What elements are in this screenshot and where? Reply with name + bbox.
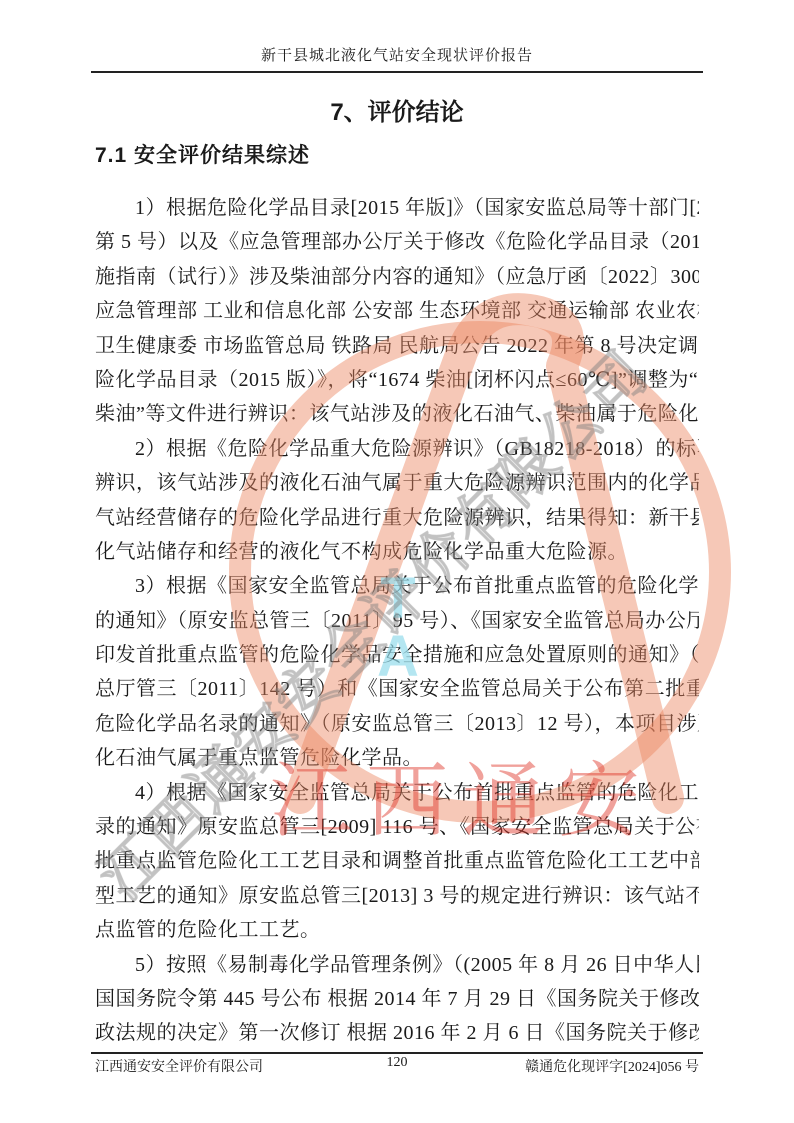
page-footer: 江西通安安全评价有限公司 120 赣通危化现评字[2024]056 号 bbox=[95, 1056, 699, 1076]
paragraph-3-line-2: 的通知》（原安监总管三〔2011〕95 号）、《国家安全监管总局办公厅关于 bbox=[95, 604, 699, 638]
paragraph-3-line-5: 危险化学品名录的通知》（原安监总管三〔2013〕12 号），本项目涉及的液 bbox=[95, 707, 699, 741]
paragraph-2-line-1: 2）根据《危险化学品重大危险源辨识》（GB18218-2018）的标准进行 bbox=[95, 432, 699, 466]
paragraph-4-line-4: 型工艺的通知》原安监总管三[2013] 3 号的规定进行辨识：该气站不涉及重 bbox=[95, 879, 699, 913]
paragraph-2-line-4: 化气站储存和经营的液化气不构成危险化学品重大危险源。 bbox=[95, 535, 699, 569]
paragraph-1-line-6: 险化学品目录（2015 版）》，将“1674 柴油[闭杯闪点≤60℃]”调整为“… bbox=[95, 363, 699, 397]
paragraph-3-line-6: 化石油气属于重点监管危险化学品。 bbox=[95, 741, 699, 775]
paragraph-5-line-2: 国国务院令第 445 号公布 根据 2014 年 7 月 29 日《国务院关于修… bbox=[95, 982, 699, 1016]
paragraph-1-line-2: 第 5 号）以及《应急管理部办公厅关于修改《危险化学品目录（2015 版）实 bbox=[95, 225, 699, 259]
paragraph-2-line-2: 辨识，该气站涉及的液化石油气属于重大危险源辨识范围内的化学品。对该 bbox=[95, 466, 699, 500]
paragraph-4-line-5: 点监管的危险化工工艺。 bbox=[95, 913, 699, 947]
body-paragraphs: 1）根据危险化学品目录[2015 年版]》（国家安监总局等十部门[2015]第 … bbox=[95, 191, 699, 1051]
paragraph-3-line-1: 3）根据《国家安全监管总局关于公布首批重点监管的危险化学品名录 bbox=[95, 569, 699, 603]
paragraph-2-line-3: 气站经营储存的危险化学品进行重大危险源辨识，结果得知：新干县城北液 bbox=[95, 501, 699, 535]
paragraph-4-line-2: 录的通知》原安监总管三[2009] 116 号、《国家安全监管总局关于公布第二 bbox=[95, 810, 699, 844]
footer-divider bbox=[91, 1052, 703, 1054]
paragraph-4-line-3: 批重点监管危险化工工艺目录和调整首批重点监管危险化工工艺中部分典 bbox=[95, 844, 699, 878]
paragraph-5-line-3: 政法规的决定》第一次修订 根据 2016 年 2 月 6 日《国务院关于修改部分… bbox=[95, 1016, 699, 1050]
paragraph-3-line-4: 总厅管三〔2011〕142 号）和《国家安全监管总局关于公布第二批重点监管 bbox=[95, 672, 699, 706]
paragraph-5-line-1: 5）按照《易制毒化学品管理条例》（(2005 年 8 月 26 日中华人民共和 bbox=[95, 948, 699, 982]
paragraph-1-line-5: 卫生健康委 市场监管总局 铁路局 民航局公告 2022 年第 8 号决定调整《危 bbox=[95, 329, 699, 363]
header-divider bbox=[91, 71, 703, 73]
paragraph-1-line-7: 柴油”等文件进行辨识：该气站涉及的液化石油气、柴油属于危险化学品。 bbox=[95, 397, 699, 431]
paragraph-1-line-3: 施指南（试行）》涉及柴油部分内容的通知》（应急厅函〔2022〕300 号）、 bbox=[95, 260, 699, 294]
paragraph-4-line-1: 4）根据《国家安全监管总局关于公布首批重点监管的危险化工工艺目 bbox=[95, 776, 699, 810]
paragraph-1-line-4: 应急管理部 工业和信息化部 公安部 生态环境部 交通运输部 农业农村部 bbox=[95, 294, 699, 328]
section-heading: 7.1 安全评价结果综述 bbox=[95, 139, 310, 169]
paragraph-3-line-3: 印发首批重点监管的危险化学品安全措施和应急处置原则的通知》（原安监 bbox=[95, 638, 699, 672]
report-page: 新干县城北液化气站安全现状评价报告 7、评价结论 7.1 安全评价结果综述 1）… bbox=[0, 0, 794, 1123]
footer-document-number: 赣通危化现评字[2024]056 号 bbox=[525, 1056, 699, 1076]
page-header-title: 新干县城北液化气站安全现状评价报告 bbox=[0, 44, 794, 65]
chapter-title: 7、评价结论 bbox=[0, 92, 794, 127]
paragraph-1-line-1: 1）根据危险化学品目录[2015 年版]》（国家安监总局等十部门[2015] bbox=[95, 191, 699, 225]
